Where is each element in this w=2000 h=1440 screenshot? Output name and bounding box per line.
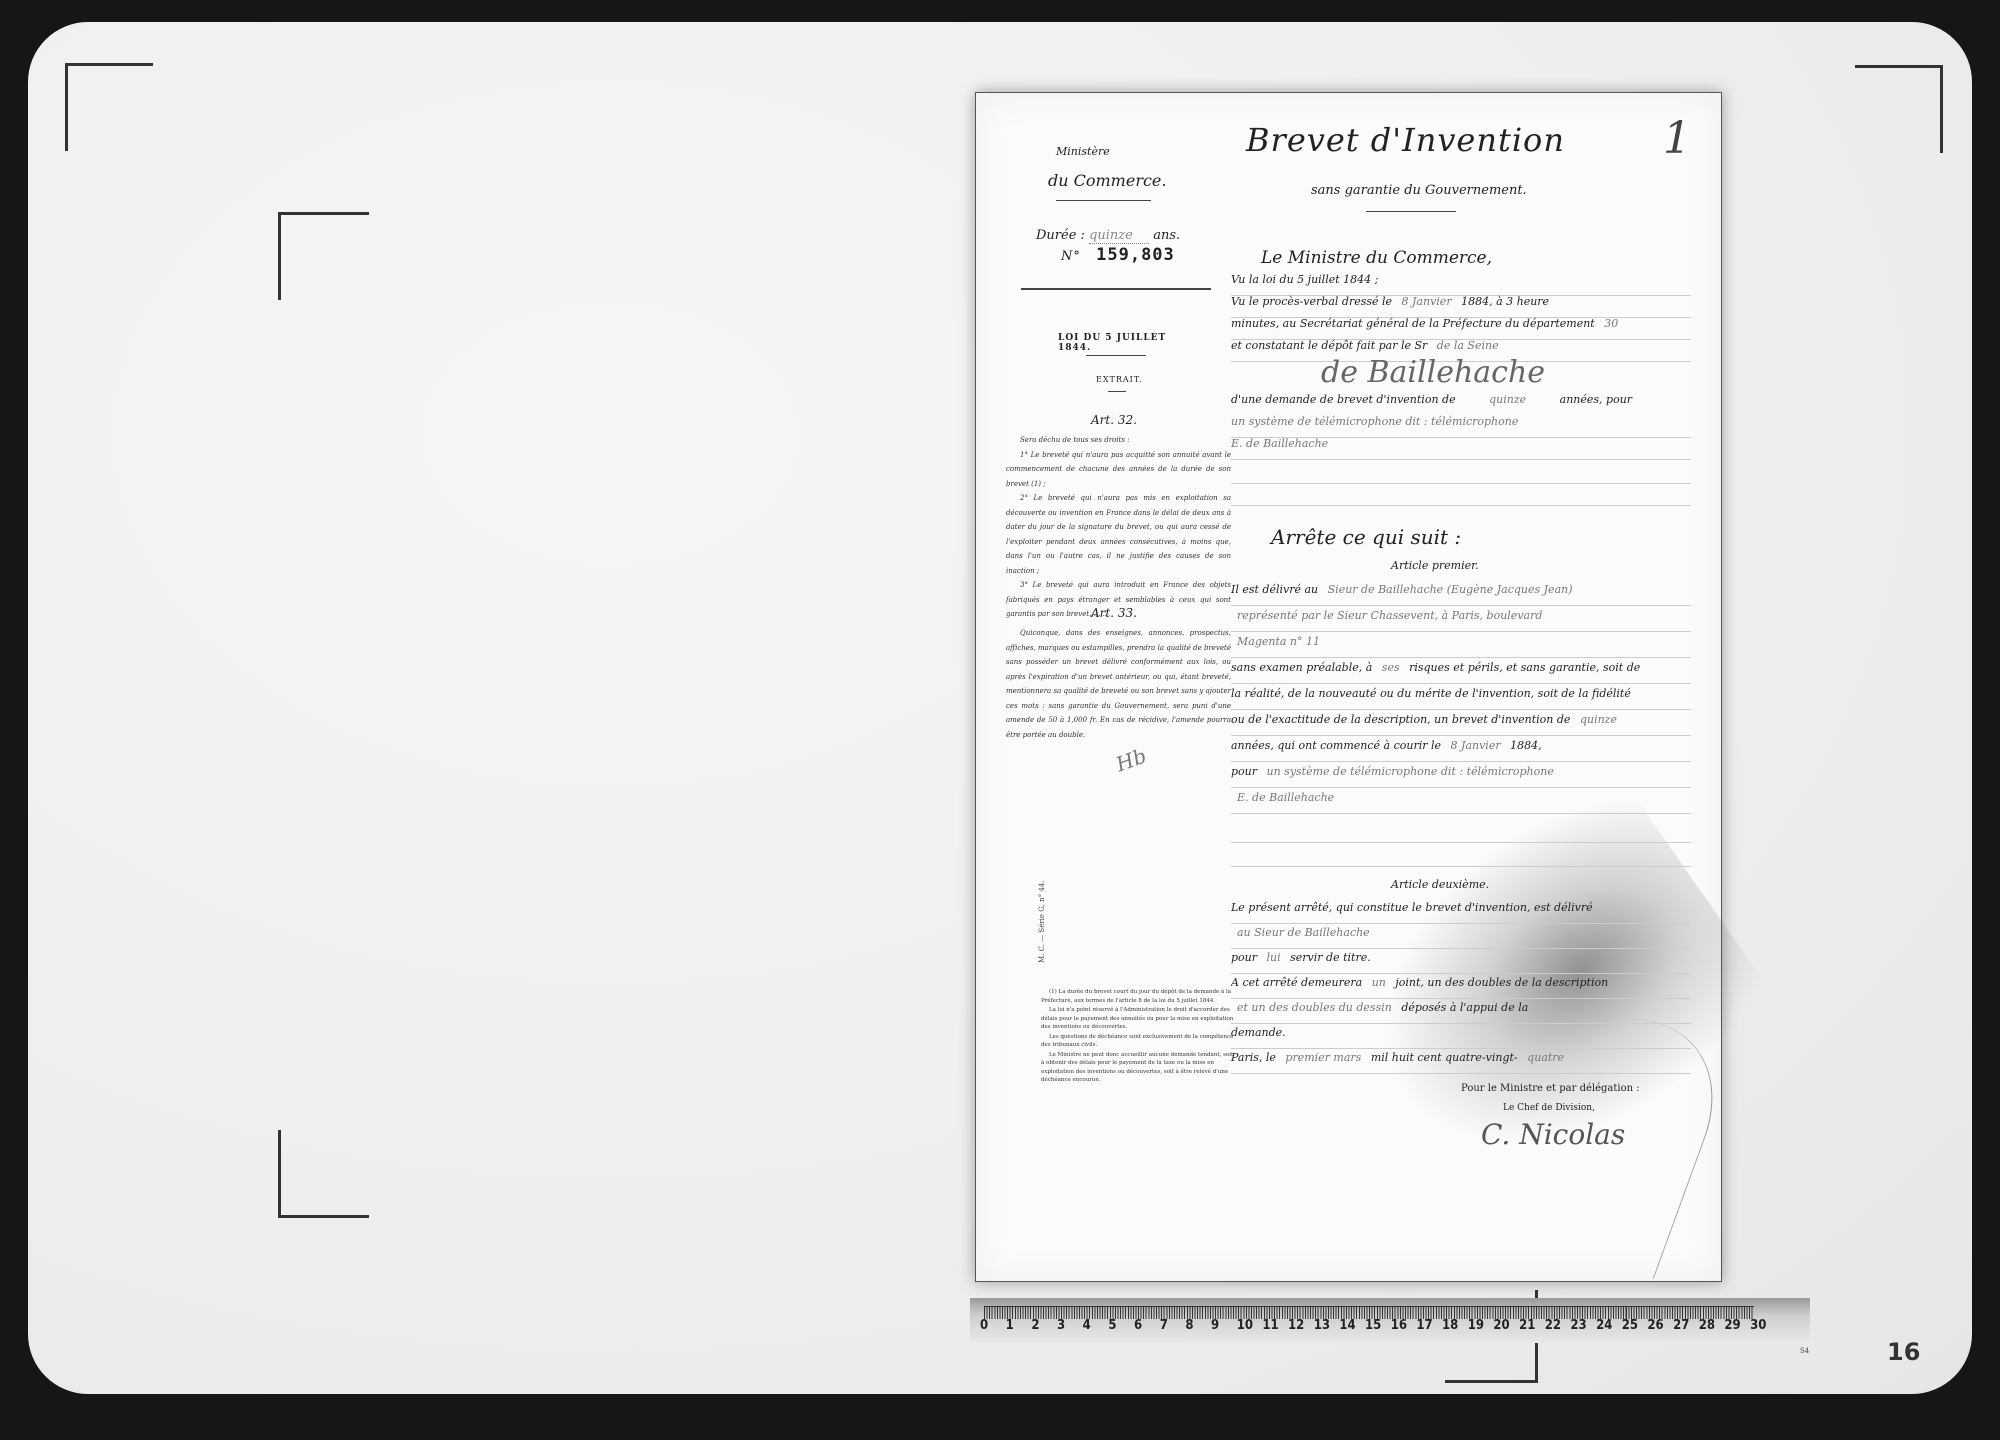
article2-title: Article deuxième.	[1391, 878, 1489, 891]
ruler-number: 29	[1724, 1318, 1740, 1333]
ruler-number: 14	[1339, 1318, 1355, 1333]
ruler-number: 9	[1211, 1318, 1219, 1333]
signature-line-1: Pour le Ministre et par délégation :	[1461, 1083, 1640, 1094]
handwritten-entry: quinze	[1580, 713, 1617, 726]
footnote: (1) La durée du brevet court du jour du …	[1041, 988, 1236, 1086]
ruler-number: 24	[1596, 1318, 1612, 1333]
ruler-number: 5	[1108, 1318, 1116, 1333]
text-line: sans examen préalable, à ses risques et …	[1231, 661, 1691, 684]
text-line: Paris, le premier mars mil huit cent qua…	[1231, 1051, 1691, 1074]
handwritten-entry: 8 Janvier	[1451, 739, 1505, 752]
minister-heading: Le Ministre du Commerce,	[1261, 248, 1492, 268]
ruler-number: 3	[1057, 1318, 1065, 1333]
measuring-ruler: 0123456789101112131415161718192021222324…	[970, 1298, 1810, 1343]
printed-text: 1884,	[1510, 739, 1542, 752]
blank-line	[1231, 483, 1691, 506]
demande-suffix: années, pour	[1560, 393, 1632, 406]
handwritten-entry: de la Seine	[1437, 339, 1499, 352]
printed-text: pour	[1231, 951, 1261, 964]
document-subtitle: sans garantie du Gouvernement.	[1311, 183, 1527, 198]
text-line: A cet arrêté demeurera un joint, un des …	[1231, 976, 1691, 999]
printed-text: sans examen préalable, à	[1231, 661, 1376, 674]
handwritten-entry: au Sieur de Baillehache	[1237, 926, 1370, 939]
art32-paragraph: 1° Le breveté qui n'aura pas acquitté so…	[1006, 448, 1231, 492]
printed-text: pour	[1231, 765, 1261, 778]
printed-text: risques et périls, et sans garantie, soi…	[1409, 661, 1640, 674]
text-line: Vu la loi du 5 juillet 1844 ;	[1231, 273, 1691, 296]
ruler-number: 25	[1622, 1318, 1638, 1333]
ruler-number: 7	[1160, 1318, 1168, 1333]
blank-line	[1231, 461, 1691, 484]
divider	[1056, 200, 1151, 201]
ruler-number: 19	[1468, 1318, 1484, 1333]
handwritten-entry: Magenta n° 11	[1237, 635, 1320, 648]
footnote-paragraph: Les questions de déchéance sont exclusiv…	[1041, 1033, 1236, 1050]
depositor-name: de Baillehache	[1321, 355, 1545, 390]
ruler-number: 12	[1288, 1318, 1304, 1333]
handwritten-entry: un système de télémicrophone dit : télém…	[1267, 765, 1554, 778]
commerce-label: du Commerce.	[1048, 171, 1166, 190]
text-line: la réalité, de la nouveauté ou du mérite…	[1231, 687, 1691, 710]
art32-paragraph: 2° Le breveté qui n'aura pas mis en expl…	[1006, 491, 1231, 578]
art33-text: Quiconque, dans des enseignes, annonces,…	[1006, 626, 1231, 742]
text-line: au Sieur de Baillehache	[1231, 926, 1691, 949]
ruler-number: 23	[1570, 1318, 1586, 1333]
handwritten-entry: représenté par le Sieur Chassevent, à Pa…	[1237, 609, 1542, 622]
text-line: Magenta n° 11	[1231, 635, 1691, 658]
art33-title: Art. 33.	[1091, 606, 1137, 620]
divider	[1086, 355, 1146, 356]
duree-field: Durée : quinze ans.	[1036, 228, 1180, 244]
ruler-number: 2	[1031, 1318, 1039, 1333]
printed-text: joint, un des doubles de la description	[1395, 976, 1608, 989]
blank-line	[1231, 820, 1691, 843]
ruler-number: 26	[1647, 1318, 1663, 1333]
text-line: et un des doubles du dessin déposés à l'…	[1231, 1001, 1691, 1024]
text-line: E. de Baillehache	[1231, 791, 1691, 814]
corner-mark-top-left-inner	[278, 212, 369, 300]
printed-text: 1884, à 3 heure	[1461, 295, 1549, 308]
ruler-number: 18	[1442, 1318, 1458, 1333]
art33-paragraph: Quiconque, dans des enseignes, annonces,…	[1006, 626, 1231, 742]
ruler-number: 0	[980, 1318, 988, 1333]
divider	[1021, 288, 1211, 290]
printed-text: demande.	[1231, 1026, 1286, 1039]
ruler-number: 8	[1185, 1318, 1193, 1333]
handwritten-entry: 8 Janvier	[1402, 295, 1456, 308]
ruler-number: 10	[1237, 1318, 1253, 1333]
handwritten-entry: un	[1372, 976, 1390, 989]
corner-mark-bottom-left	[278, 1130, 369, 1218]
footnote-paragraph: (1) La durée du brevet court du jour du …	[1041, 988, 1236, 1005]
duree-value: quinze	[1089, 228, 1149, 244]
printed-text: Il est délivré au	[1231, 583, 1322, 596]
handwritten-entry: et un des doubles du dessin	[1237, 1001, 1395, 1014]
numero-value: 159,803	[1096, 245, 1175, 265]
text-line: représenté par le Sieur Chassevent, à Pa…	[1231, 609, 1691, 632]
printed-text: servir de titre.	[1290, 951, 1371, 964]
text-line: pour un système de télémicrophone dit : …	[1231, 765, 1691, 788]
handwritten-entry: lui	[1267, 951, 1285, 964]
blank-line	[1231, 844, 1691, 867]
duree-label: Durée :	[1036, 228, 1085, 243]
invention-line: E. de Baillehache	[1231, 437, 1691, 460]
folio-number: 1	[1663, 113, 1691, 164]
patent-number: N° 159,803	[1061, 245, 1175, 265]
law-title: LOI DU 5 JUILLET 1844.	[1058, 333, 1201, 353]
ruler-number: 15	[1365, 1318, 1381, 1333]
handwritten-entry: 30	[1604, 317, 1618, 330]
ruler-number: 16	[1391, 1318, 1407, 1333]
handwritten-entry: quatre	[1527, 1051, 1564, 1064]
extrait-label: EXTRAIT.	[1096, 375, 1143, 384]
printed-text: Vu la loi du 5 juillet 1844 ;	[1231, 273, 1378, 286]
signature: C. Nicolas	[1481, 1118, 1625, 1151]
printed-text: mil huit cent quatre-vingt-	[1371, 1051, 1521, 1064]
ruler-number: 13	[1314, 1318, 1330, 1333]
divider	[1366, 211, 1456, 212]
text-line: minutes, au Secrétariat général de la Pr…	[1231, 317, 1691, 340]
printed-text: ou de l'exactitude de la description, un…	[1231, 713, 1574, 726]
arrete-heading: Arrête ce qui suit :	[1271, 525, 1461, 549]
ruler-number: 11	[1262, 1318, 1278, 1333]
ruler-number: 17	[1416, 1318, 1432, 1333]
frame-number: 16	[1887, 1338, 1920, 1366]
printed-text: Paris, le	[1231, 1051, 1279, 1064]
text-line: pour lui servir de titre.	[1231, 951, 1691, 974]
text-line: demande.	[1231, 1026, 1691, 1049]
divider	[1108, 391, 1126, 392]
footnote-paragraph: La loi n'a point réservé à l'Administrat…	[1041, 1006, 1236, 1032]
article1-title: Article premier.	[1391, 559, 1479, 572]
text-line: Vu le procès-verbal dressé le 8 Janvier …	[1231, 295, 1691, 318]
document-title: Brevet d'Invention	[1246, 121, 1565, 159]
ruler-number: 30	[1750, 1318, 1766, 1333]
printed-text: et constatant le dépôt fait par le Sr	[1231, 339, 1431, 352]
art32-text: Sera déchu de tous ses droits : 1° Le br…	[1006, 433, 1231, 622]
text-line: Le présent arrêté, qui constitue le brev…	[1231, 901, 1691, 924]
demande-years: quinze	[1489, 393, 1526, 406]
printed-text: déposés à l'appui de la	[1401, 1001, 1528, 1014]
numero-label: N°	[1061, 249, 1081, 264]
signature-line-2: Le Chef de Division,	[1503, 1103, 1595, 1113]
printed-text: la réalité, de la nouveauté ou du mérite…	[1231, 687, 1631, 700]
art32-paragraph: Sera déchu de tous ses droits :	[1006, 433, 1231, 448]
patent-document: Ministère du Commerce. Durée : quinze an…	[975, 92, 1722, 1282]
handwritten-initials: Hb	[1113, 744, 1150, 777]
ruler-number: 27	[1673, 1318, 1689, 1333]
corner-mark-top-right	[1855, 65, 1943, 153]
handwritten-entry: E. de Baillehache	[1237, 791, 1334, 804]
ruler-number: 6	[1134, 1318, 1142, 1333]
corner-mark-top-left-outer	[65, 63, 153, 151]
footnote-paragraph: Le Ministre ne peut donc accueillir aucu…	[1041, 1051, 1236, 1085]
ruler-number: 4	[1083, 1318, 1091, 1333]
text-line: Il est délivré au Sieur de Baillehache (…	[1231, 583, 1691, 606]
ministere-label: Ministère	[1056, 145, 1110, 158]
ruler-number: 22	[1545, 1318, 1561, 1333]
printed-text: Vu le procès-verbal dressé le	[1231, 295, 1396, 308]
series-code: M. C. — Série G, n° 44.	[1038, 881, 1046, 963]
printed-text: Le présent arrêté, qui constitue le brev…	[1231, 901, 1593, 914]
ruler-number: 21	[1519, 1318, 1535, 1333]
handwritten-entry: Sieur de Baillehache (Eugène Jacques Jea…	[1328, 583, 1573, 596]
invention-line: un système de télémicrophone dit : télém…	[1231, 415, 1691, 438]
handwritten-entry: premier mars	[1285, 1051, 1364, 1064]
text-line: années, qui ont commencé à courir le 8 J…	[1231, 739, 1691, 762]
ruler-number: 20	[1493, 1318, 1509, 1333]
ruler-unit-mark: S4	[1800, 1347, 1809, 1355]
ruler-number: 28	[1699, 1318, 1715, 1333]
demande-text: d'une demande de brevet d'invention de	[1231, 393, 1456, 406]
text-line: ou de l'exactitude de la description, un…	[1231, 713, 1691, 736]
duree-unit: ans.	[1153, 228, 1180, 243]
ruler-number: 1	[1006, 1318, 1014, 1333]
printed-text: A cet arrêté demeurera	[1231, 976, 1366, 989]
printed-text: minutes, au Secrétariat général de la Pr…	[1231, 317, 1598, 330]
handwritten-entry: ses	[1382, 661, 1403, 674]
art32-title: Art. 32.	[1091, 413, 1137, 427]
printed-text: années, qui ont commencé à courir le	[1231, 739, 1445, 752]
demande-line: d'une demande de brevet d'invention de q…	[1231, 393, 1691, 415]
